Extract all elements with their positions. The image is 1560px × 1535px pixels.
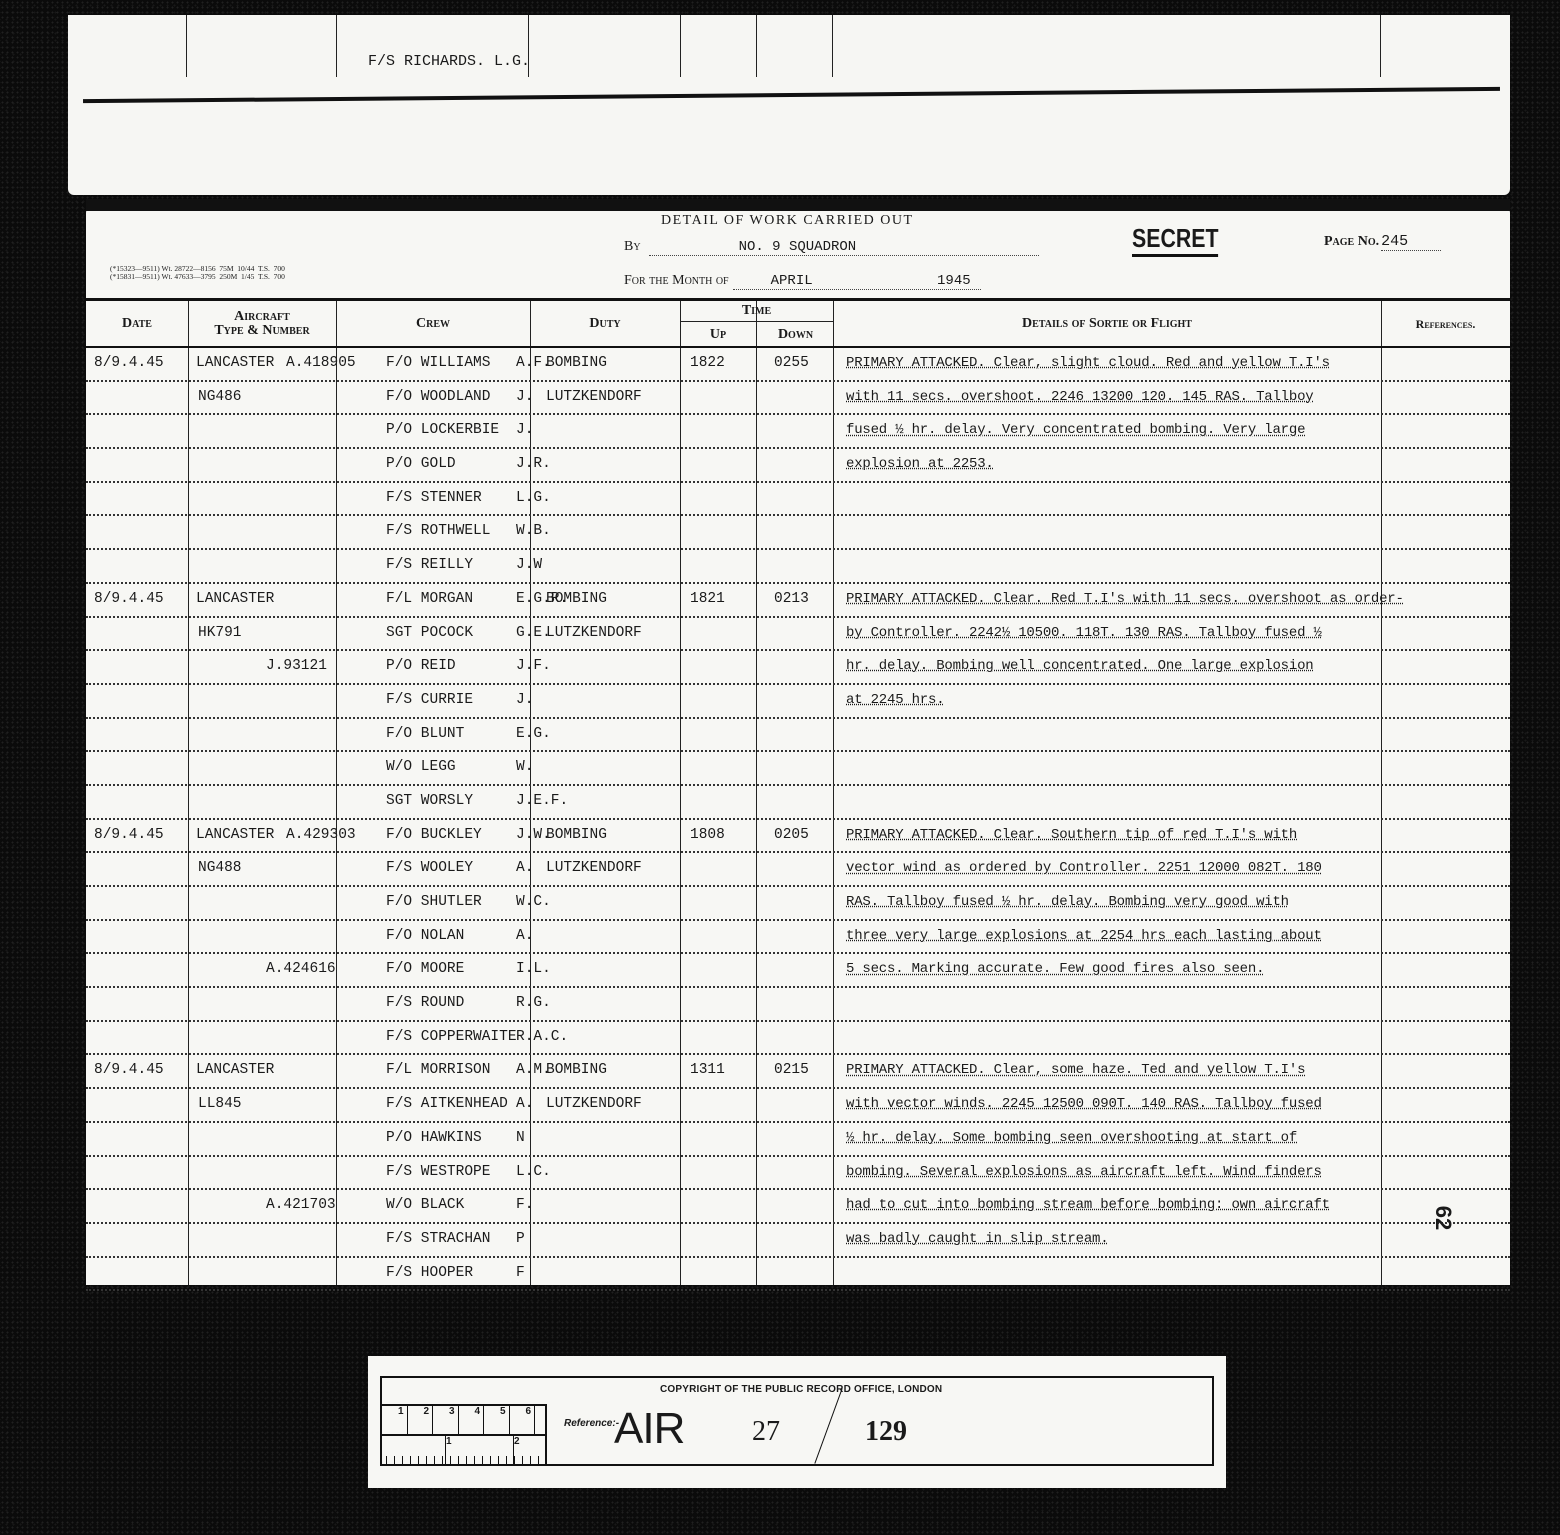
page-number-field: Page No. 245: [1324, 233, 1441, 251]
ruler-tick: [466, 1456, 467, 1466]
table-row: P/O GOLDJ.R.explosion at 2253.: [86, 449, 1510, 483]
crew-name: F/S WOOLEY: [386, 860, 473, 876]
form-code: (*15323—9511) Wt. 28722—8156 75M 10/44 T…: [110, 265, 285, 281]
ruler-tick: [426, 1456, 427, 1466]
sortie-details-line: was badly caught in slip stream.: [846, 1231, 1108, 1247]
crew-name: P/O GOLD: [386, 456, 456, 472]
squadron-field: By NO. 9 SQUADRON: [624, 239, 1039, 256]
crew-initials: A.: [516, 860, 533, 876]
crew-initials: J.: [516, 389, 533, 405]
ruler-tick: [474, 1456, 475, 1466]
ruler-tick: [394, 1456, 395, 1466]
crew-initials: J.E.F.: [516, 793, 568, 809]
crew-name: F/S ROUND: [386, 995, 464, 1011]
time-down: 0215: [774, 1062, 809, 1078]
column-divider: [680, 15, 681, 77]
crew-initials: L.G.: [516, 490, 551, 506]
sortie-details-line: with 11 secs. overshoot. 2246 13200 120.…: [846, 389, 1313, 405]
aircraft-type: LANCASTER: [196, 355, 274, 371]
crew-name: SGT WORSLY: [386, 793, 473, 809]
table-row: A.424616F/O MOOREI.L.5 secs. Marking acc…: [86, 954, 1510, 988]
table-row: F/S COPPERWAITER.A.C.: [86, 1022, 1510, 1056]
ruler-cm-mark: 2: [408, 1406, 434, 1434]
table-row: F/S ROTHWELLW.B.: [86, 516, 1510, 550]
by-label: By: [624, 239, 641, 255]
ruler-tick: [522, 1456, 523, 1466]
crew-name: F/O MOORE: [386, 961, 464, 977]
sortie-details-line: fused ½ hr. delay. Very concentrated bom…: [846, 422, 1305, 438]
table-row: J.93121P/O REIDJ.F.hr. delay. Bombing we…: [86, 651, 1510, 685]
target-cell: LUTZKENDORF: [546, 860, 642, 876]
squadron-value: NO. 9 SQUADRON: [649, 239, 1039, 256]
service-number: A.429303: [286, 827, 356, 843]
crew-initials: A.: [516, 928, 533, 944]
aircraft-type: LANCASTER: [196, 591, 274, 607]
col-references: References.: [1381, 301, 1510, 346]
crew-entry: F/S RICHARDS. L.G.: [368, 53, 530, 70]
table-row: SGT WORSLYJ.E.F.: [86, 786, 1510, 820]
sortie-details-line: 5 secs. Marking accurate. Few good fires…: [846, 961, 1264, 977]
crew-initials: G.E.: [516, 625, 551, 641]
month-value: APRIL: [771, 273, 813, 289]
operations-record-page: DETAIL OF WORK CARRIED OUT (*15323—9511)…: [86, 205, 1510, 1285]
ruler-tick: [506, 1456, 507, 1466]
section-rule: [83, 87, 1500, 103]
table-row: F/O SHUTLERW.C.RAS. Tallboy fused ½ hr. …: [86, 887, 1510, 921]
table-row: F/S REILLYJ.W: [86, 550, 1510, 584]
col-duty: Duty: [530, 301, 680, 346]
ruler-tick: [410, 1456, 411, 1466]
column-divider: [1380, 15, 1381, 77]
ruler-tick: [418, 1456, 419, 1466]
crew-name: F/O WOODLAND: [386, 389, 490, 405]
ruler-inch-mark: 1: [445, 1436, 452, 1466]
service-number: A.421703: [266, 1197, 336, 1213]
crew-name: W/O BLACK: [386, 1197, 464, 1213]
sortie-details-line: PRIMARY ATTACKED. Clear. Red T.I's with …: [846, 591, 1404, 607]
column-divider: [832, 15, 833, 77]
sortie-details-line: hr. delay. Bombing well concentrated. On…: [846, 658, 1313, 674]
crew-name: F/L MORGAN: [386, 591, 473, 607]
crew-name: F/S COPPERWAITE: [386, 1029, 517, 1045]
column-divider: [186, 15, 187, 77]
column-divider: [336, 15, 337, 77]
sortie-details-line: PRIMARY ATTACKED. Clear, slight cloud. R…: [846, 355, 1330, 371]
table-row: LUTZKENDORFHK791SGT POCOCKG.E.by Control…: [86, 618, 1510, 652]
aircraft-type: LANCASTER: [196, 1062, 274, 1078]
table-row: F/O BLUNTE.G.: [86, 719, 1510, 753]
ruler-tick: [386, 1456, 387, 1466]
table-header: Date Aircraft Type & Number Crew Duty Ti…: [86, 298, 1510, 348]
crew-name: F/O WILLIAMS: [386, 355, 490, 371]
table-row: LUTZKENDORFNG488F/S WOOLEYA.vector wind …: [86, 853, 1510, 887]
date-cell: 8/9.4.45: [94, 827, 164, 843]
ruler-cm-mark: 5: [484, 1406, 510, 1434]
ruler-tick: [538, 1456, 539, 1466]
crew-name: F/S ROTHWELL: [386, 523, 490, 539]
table-row: F/S HOOPERF: [86, 1258, 1510, 1292]
time-up: 1808: [690, 827, 725, 843]
col-crew: Crew: [336, 301, 530, 346]
aircraft-number: HK791: [198, 625, 242, 641]
crew-name: F/O NOLAN: [386, 928, 464, 944]
crew-initials: J.W.: [516, 827, 551, 843]
table-row: 8/9.4.45LANCASTERBOMBING18220255A.418905…: [86, 348, 1510, 382]
crew-initials: F: [516, 1265, 525, 1281]
table-row: F/S WESTROPEL.C.bombing. Several explosi…: [86, 1157, 1510, 1191]
crew-initials: J.: [516, 422, 533, 438]
reference-piece: 27: [752, 1416, 780, 1448]
table-row: F/S STENNERL.G.: [86, 483, 1510, 517]
page-value: 245: [1381, 233, 1441, 251]
crew-name: F/S STENNER: [386, 490, 482, 506]
reference-item: 129: [865, 1416, 907, 1448]
crew-name: F/O BUCKLEY: [386, 827, 482, 843]
crew-initials: A.F.: [516, 355, 551, 371]
sortie-details-line: PRIMARY ATTACKED. Clear, some haze. Ted …: [846, 1062, 1305, 1078]
sortie-details-line: vector wind as ordered by Controller. 22…: [846, 860, 1322, 876]
duty-cell: BOMBING: [546, 355, 607, 371]
crew-name: F/S AITKENHEAD: [386, 1096, 508, 1112]
date-cell: 8/9.4.45: [94, 591, 164, 607]
crew-name: SGT POCOCK: [386, 625, 473, 641]
aircraft-number: NG486: [198, 389, 242, 405]
aircraft-number: LL845: [198, 1096, 242, 1112]
crew-initials: N: [516, 1130, 525, 1146]
month-field: For the Month of APRIL 1945: [624, 273, 981, 290]
time-up: 1822: [690, 355, 725, 371]
ruler-tick: [402, 1456, 403, 1466]
aircraft-type: LANCASTER: [196, 827, 274, 843]
ruler-cm-mark: 6: [510, 1406, 536, 1434]
duty-cell: BOMBING: [546, 827, 607, 843]
col-aircraft: Aircraft Type & Number: [188, 301, 336, 346]
ruler-tick: [458, 1456, 459, 1466]
sortie-details-line: at 2245 hrs.: [846, 692, 944, 708]
col-time: Time: [680, 301, 833, 322]
col-date: Date: [86, 301, 188, 346]
table-body: 8/9.4.45LANCASTERBOMBING18220255A.418905…: [86, 348, 1510, 1291]
crew-initials: R.A.C.: [516, 1029, 568, 1045]
ruler-tick: [530, 1456, 531, 1466]
crew-initials: J.F.: [516, 658, 551, 674]
service-number: A.418905: [286, 355, 356, 371]
sortie-details-line: ½ hr. delay. Some bombing seen overshoot…: [846, 1130, 1297, 1146]
crew-initials: A.M.: [516, 1062, 551, 1078]
ruler-cm-mark: 4: [459, 1406, 485, 1434]
table-row: W/O LEGGW.: [86, 752, 1510, 786]
sortie-details-line: by Controller. 2242½ 10500. 118T. 130 RA…: [846, 625, 1322, 641]
year-value: 1945: [937, 273, 971, 289]
table-row: P/O HAWKINSN½ hr. delay. Some bombing se…: [86, 1123, 1510, 1157]
copyright-notice: COPYRIGHT OF THE PUBLIC RECORD OFFICE, L…: [660, 1384, 942, 1395]
crew-name: F/S WESTROPE: [386, 1164, 490, 1180]
scan-shadow: [86, 199, 1510, 211]
crew-initials: R.G.: [516, 995, 551, 1011]
reference-divider: [814, 1388, 842, 1464]
col-details: Details of Sortie or Flight: [833, 301, 1381, 346]
archive-reference-label: COPYRIGHT OF THE PUBLIC RECORD OFFICE, L…: [368, 1356, 1226, 1488]
ruler-tick: [434, 1456, 435, 1466]
sortie-details-line: bombing. Several explosions as aircraft …: [846, 1164, 1322, 1180]
sortie-table: Date Aircraft Type & Number Crew Duty Ti…: [86, 298, 1510, 1291]
crew-name: F/S HOOPER: [386, 1265, 473, 1281]
table-row: F/S STRACHANPwas badly caught in slip st…: [86, 1224, 1510, 1258]
sortie-details-line: RAS. Tallboy fused ½ hr. delay. Bombing …: [846, 894, 1289, 910]
form-title: DETAIL OF WORK CARRIED OUT: [661, 213, 914, 229]
crew-name: P/O REID: [386, 658, 456, 674]
target-cell: LUTZKENDORF: [546, 1096, 642, 1112]
crew-initials: F.: [516, 1197, 533, 1213]
ruler-inch-row: 12: [382, 1434, 545, 1466]
crew-initials: I.L.: [516, 961, 551, 977]
service-number: A.424616: [266, 961, 336, 977]
ruler-tick: [490, 1456, 491, 1466]
ruler-tick: [482, 1456, 483, 1466]
time-down: 0213: [774, 591, 809, 607]
crew-name: F/L MORRISON: [386, 1062, 490, 1078]
sortie-details-line: had to cut into bombing stream before bo…: [846, 1197, 1330, 1213]
crew-initials: P: [516, 1231, 525, 1247]
crew-initials: J.: [516, 692, 533, 708]
month-label: For the Month of: [624, 273, 729, 289]
month-year-value: APRIL 1945: [733, 273, 981, 290]
ruler-inch-mark: 2: [513, 1436, 520, 1466]
ruler-cm-mark: 1: [382, 1406, 408, 1434]
crew-name: F/S CURRIE: [386, 692, 473, 708]
table-row: A.421703W/O BLACKF.had to cut into bombi…: [86, 1190, 1510, 1224]
table-row: 8/9.4.45LANCASTERBOMBING18210213F/L MORG…: [86, 584, 1510, 618]
time-down: 0205: [774, 827, 809, 843]
label-frame: COPYRIGHT OF THE PUBLIC RECORD OFFICE, L…: [380, 1376, 1214, 1466]
crew-name: P/O LOCKERBIE: [386, 422, 499, 438]
margin-stamp: 62: [1430, 1206, 1456, 1230]
scale-ruler: 12345612: [382, 1404, 547, 1464]
crew-initials: E.G.: [516, 726, 551, 742]
target-cell: LUTZKENDORF: [546, 389, 642, 405]
crew-name: F/S REILLY: [386, 557, 473, 573]
crew-initials: J.W: [516, 557, 542, 573]
table-row: F/O NOLANA.three very large explosions a…: [86, 921, 1510, 955]
crew-initials: W.B.: [516, 523, 551, 539]
col-down: Down: [756, 323, 834, 346]
aircraft-number: NG488: [198, 860, 242, 876]
crew-initials: J.R.: [516, 456, 551, 472]
crew-initials: A.: [516, 1096, 533, 1112]
table-row: F/S CURRIEJ.at 2245 hrs.: [86, 685, 1510, 719]
ruler-tick: [498, 1456, 499, 1466]
date-cell: 8/9.4.45: [94, 1062, 164, 1078]
table-row: LUTZKENDORFLL845F/S AITKENHEADA.with vec…: [86, 1089, 1510, 1123]
table-row: 8/9.4.45LANCASTERBOMBING13110215F/L MORR…: [86, 1055, 1510, 1089]
sortie-details-line: PRIMARY ATTACKED. Clear. Southern tip of…: [846, 827, 1297, 843]
crew-name: P/O HAWKINS: [386, 1130, 482, 1146]
crew-name: F/O BLUNT: [386, 726, 464, 742]
crew-initials: W.C.: [516, 894, 551, 910]
crew-initials: W.: [516, 759, 533, 775]
sortie-details-line: three very large explosions at 2254 hrs …: [846, 928, 1322, 944]
table-row: F/S ROUNDR.G.: [86, 988, 1510, 1022]
service-number: J.93121: [266, 658, 327, 674]
classification-stamp: SECRET: [1132, 223, 1218, 257]
crew-initials: L.C.: [516, 1164, 551, 1180]
table-row: LUTZKENDORFNG486F/O WOODLANDJ.with 11 se…: [86, 382, 1510, 416]
target-cell: LUTZKENDORF: [546, 625, 642, 641]
time-up: 1821: [690, 591, 725, 607]
ruler-tick: [442, 1456, 443, 1466]
table-row: P/O LOCKERBIEJ.fused ½ hr. delay. Very c…: [86, 415, 1510, 449]
sortie-details-line: explosion at 2253.: [846, 456, 994, 472]
ruler-cm-mark: 3: [433, 1406, 459, 1434]
reference-series: AIR: [614, 1404, 684, 1454]
previous-page-strip: F/S RICHARDS. L.G.: [68, 15, 1510, 195]
crew-name: F/S STRACHAN: [386, 1231, 490, 1247]
crew-name: W/O LEGG: [386, 759, 456, 775]
crew-initials: E.G.R.: [516, 591, 568, 607]
column-divider: [756, 15, 757, 77]
reference-label: Reference:-: [564, 1418, 619, 1429]
sortie-details-line: with vector winds. 2245 12500 090T. 140 …: [846, 1096, 1322, 1112]
date-cell: 8/9.4.45: [94, 355, 164, 371]
time-up: 1311: [690, 1062, 725, 1078]
table-row: 8/9.4.45LANCASTERBOMBING18080205A.429303…: [86, 820, 1510, 854]
col-up: Up: [680, 323, 756, 346]
page-label: Page No.: [1324, 234, 1379, 250]
duty-cell: BOMBING: [546, 1062, 607, 1078]
time-down: 0255: [774, 355, 809, 371]
crew-name: F/O SHUTLER: [386, 894, 482, 910]
